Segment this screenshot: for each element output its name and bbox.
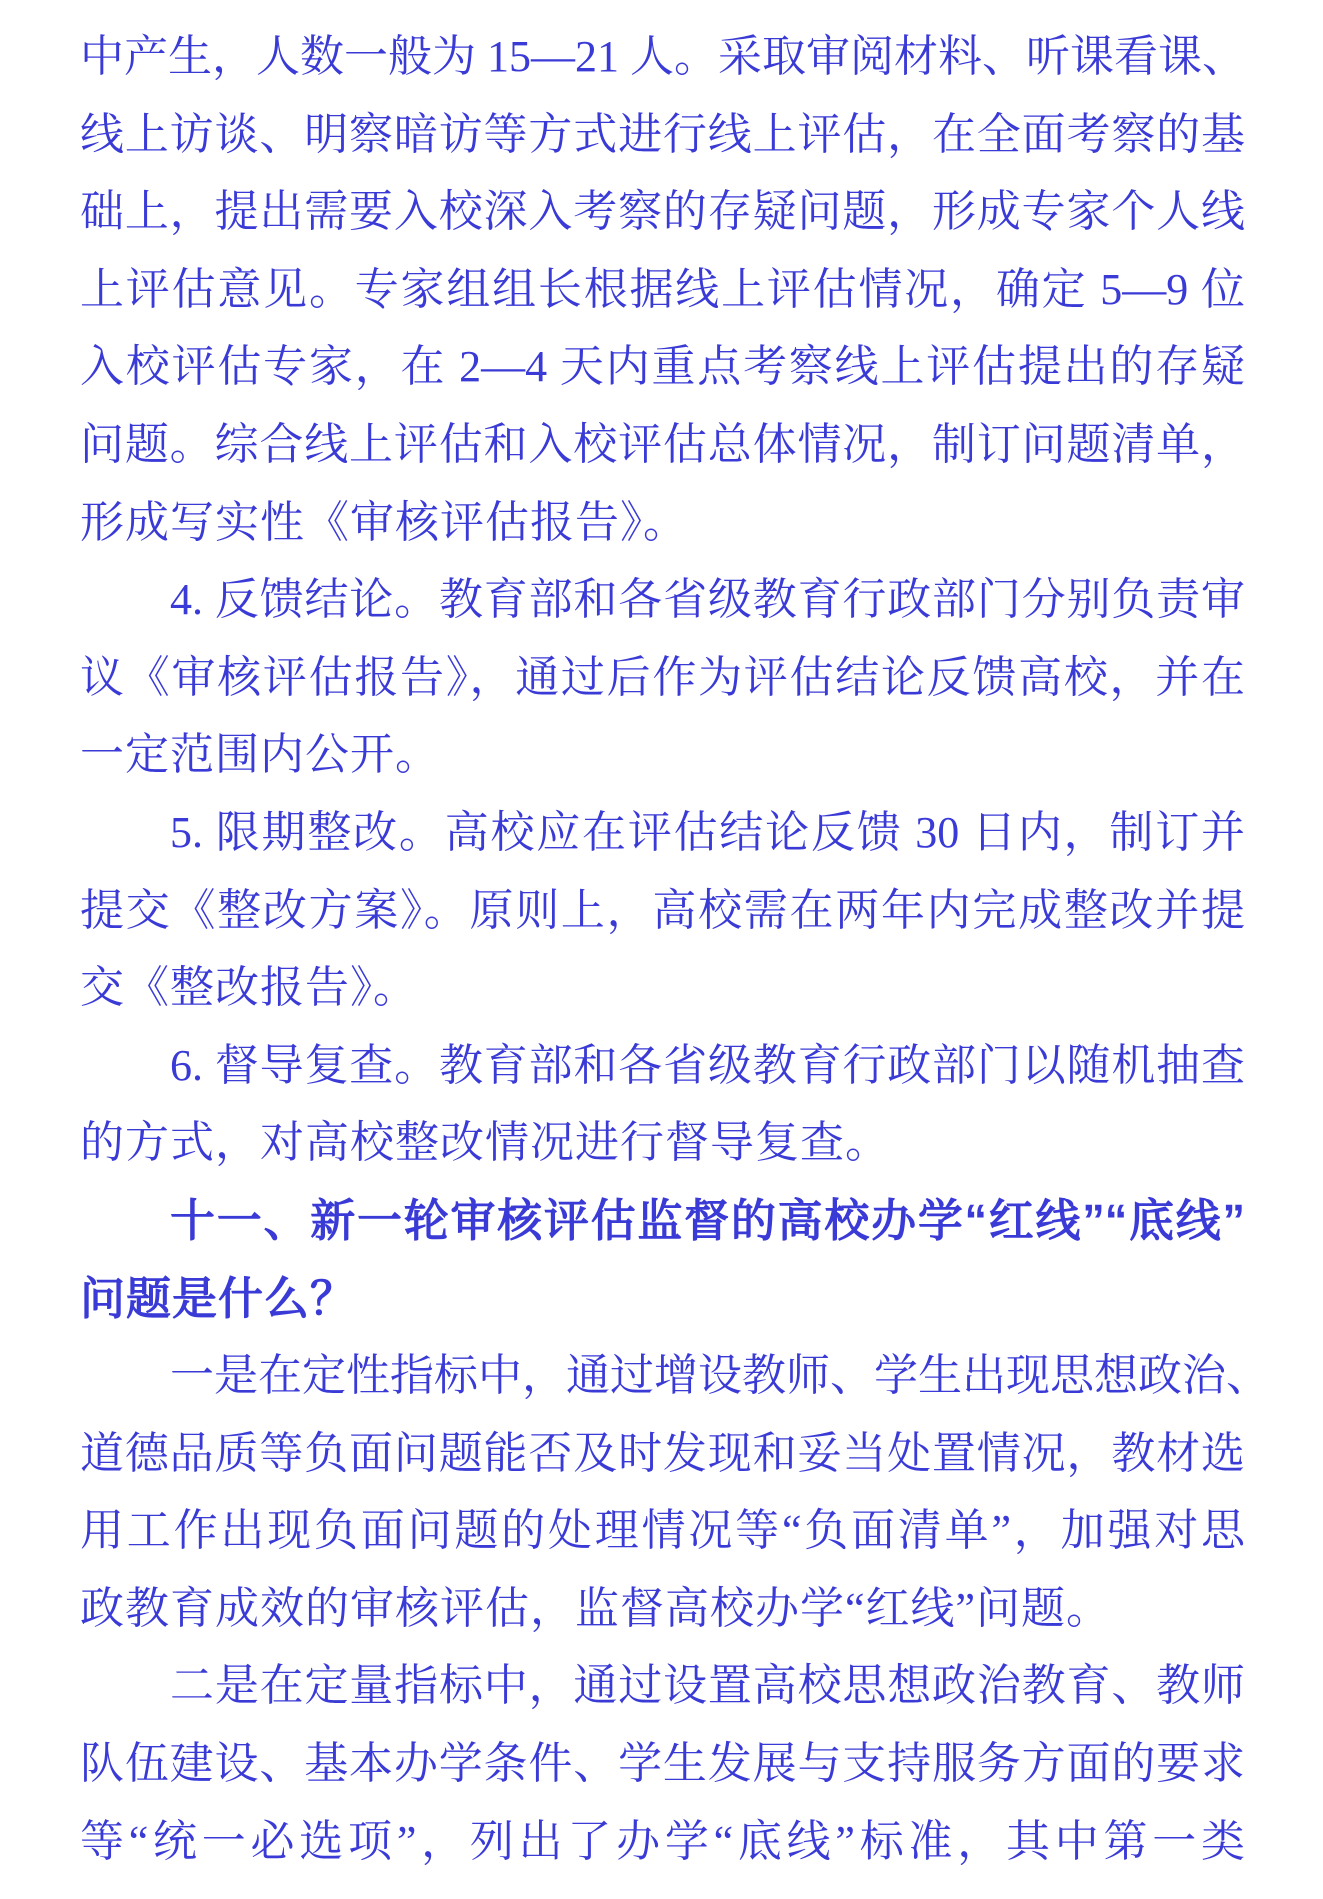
document-page: 中产生，人数一般为 15—21 人。采取审阅材料、听课看课、 线上访谈、明察暗访… xyxy=(0,0,1323,1899)
text-line: 道德品质等负面问题能否及时发现和妥当处置情况，教材选 xyxy=(80,1415,1245,1493)
text-line: 上评估意见。专家组组长根据线上评估情况，确定 5—9 位 xyxy=(80,251,1245,329)
text-line: 队伍建设、基本办学条件、学生发展与支持服务方面的要求 xyxy=(80,1725,1245,1803)
text-line: 一定范围内公开。 xyxy=(80,716,1245,794)
text-line: 入校评估专家，在 2—4 天内重点考察线上评估提出的存疑 xyxy=(80,328,1245,406)
text-line: 5. 限期整改。高校应在评估结论反馈 30 日内，制订并 xyxy=(80,794,1245,872)
text-line: 6. 督导复查。教育部和各省级教育行政部门以随机抽查 xyxy=(80,1027,1245,1105)
text-line: 交《整改报告》。 xyxy=(80,949,1245,1027)
text-line: 础上，提出需要入校深入考察的存疑问题，形成专家个人线 xyxy=(80,173,1245,251)
text-line: 政教育成效的审核评估，监督高校办学“红线”问题。 xyxy=(80,1570,1245,1648)
text-line: 提交《整改方案》。原则上，高校需在两年内完成整改并提 xyxy=(80,872,1245,950)
text-line: 用工作出现负面问题的处理情况等“负面清单”，加强对思 xyxy=(80,1492,1245,1570)
section-heading-line: 十一、新一轮审核评估监督的高校办学“红线”“底线” xyxy=(80,1182,1245,1260)
text-line: 问题。综合线上评估和入校评估总体情况，制订问题清单， xyxy=(80,406,1245,484)
text-line: 一是在定性指标中，通过增设教师、学生出现思想政治、 xyxy=(80,1337,1245,1415)
text-line: 中产生，人数一般为 15—21 人。采取审阅材料、听课看课、 xyxy=(80,18,1245,96)
text-line: 4. 反馈结论。教育部和各省级教育行政部门分别负责审 xyxy=(80,561,1245,639)
text-line: 议《审核评估报告》，通过后作为评估结论反馈高校，并在 xyxy=(80,639,1245,717)
text-line: 线上访谈、明察暗访等方式进行线上评估，在全面考察的基 xyxy=(80,96,1245,174)
text-line: 的方式，对高校整改情况进行督导复查。 xyxy=(80,1104,1245,1182)
text-line: 二是在定量指标中，通过设置高校思想政治教育、教师 xyxy=(80,1647,1245,1725)
text-line: 等“统一必选项”，列出了办学“底线”标准，其中第一类 xyxy=(80,1803,1245,1881)
text-line: 形成写实性《审核评估报告》。 xyxy=(80,484,1245,562)
section-heading-line: 问题是什么？ xyxy=(80,1260,1245,1338)
